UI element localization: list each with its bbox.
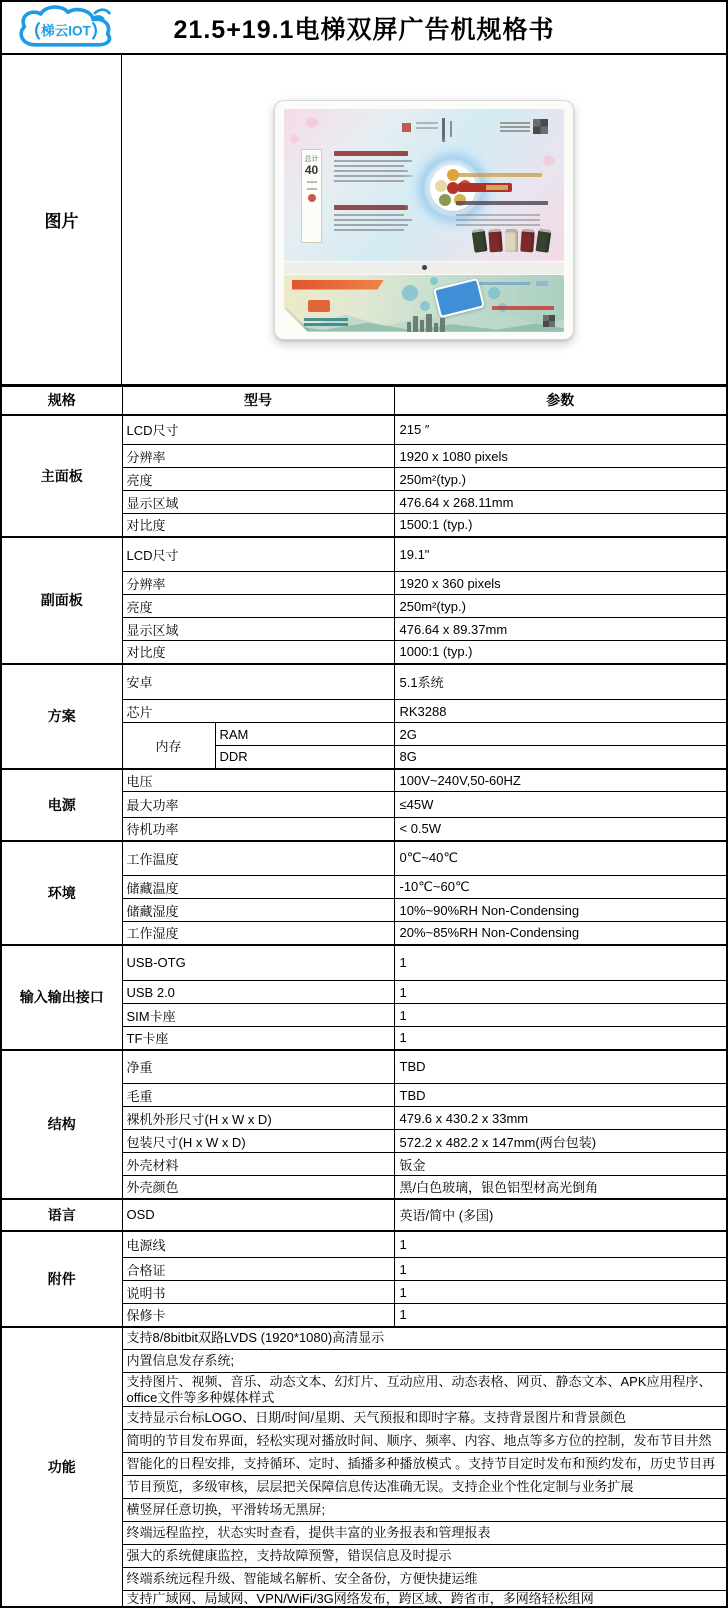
- group-label: 副面板: [2, 537, 122, 664]
- row-label: 分辨率: [122, 445, 394, 468]
- teal-text-lines: [304, 316, 348, 328]
- table-row: 环境 工作温度 0℃~40℃: [2, 841, 726, 876]
- qr-code-icon: [543, 315, 555, 327]
- feature-line: 终端远程监控，状态实时查看，提供丰富的业务报表和管理报表: [122, 1522, 726, 1545]
- secondary-screen-ad: [284, 275, 564, 332]
- petal-decor: [288, 133, 299, 144]
- row-value: 1: [394, 1004, 726, 1027]
- row-value: 1: [394, 945, 726, 981]
- spec-table: 规格 型号 参数 主面板 LCD尺寸 215 ″ 分辨率1920 x 1080 …: [2, 386, 726, 1608]
- row-label: 安卓: [122, 664, 394, 700]
- bubble-decor: [402, 285, 418, 301]
- petal-decor: [541, 152, 556, 167]
- row-value: 572.2 x 482.2 x 147mm(两台包装): [394, 1130, 726, 1153]
- feature-line: 支持8/8bitbit双路LVDS (1920*1080)高清显示: [122, 1327, 726, 1350]
- main-screen-ad: 总计 40: [284, 109, 564, 261]
- camera-icon: [422, 265, 427, 270]
- row-value: 479.6 x 430.2 x 33mm: [394, 1107, 726, 1130]
- row-value: 英语/简中 (多国): [394, 1199, 726, 1231]
- row-value: RK3288: [394, 700, 726, 723]
- row-value: 1: [394, 1027, 726, 1050]
- row-value: 1000:1 (typ.): [394, 641, 726, 664]
- contact-text-lines: [500, 120, 530, 134]
- row-value: 1: [394, 1231, 726, 1258]
- group-label: 附件: [2, 1231, 122, 1327]
- banner-text-bar: [307, 188, 317, 190]
- row-value: < 0.5W: [394, 818, 726, 841]
- picture-row: 图片 总计 40: [2, 55, 726, 386]
- table-row: 主面板 LCD尺寸 215 ″: [2, 415, 726, 445]
- row-label: OSD: [122, 1199, 394, 1231]
- camera-bar: [284, 262, 564, 274]
- row-value: 250m²(typ.): [394, 468, 726, 491]
- row-value: 476.64 x 89.37mm: [394, 618, 726, 641]
- row-value: 5.1系统: [394, 664, 726, 700]
- group-label: 环境: [2, 841, 122, 945]
- group-label: 功能: [2, 1327, 122, 1608]
- row-label: SIM卡座: [122, 1004, 394, 1027]
- row-label: 外壳材料: [122, 1153, 394, 1176]
- row-label: 电压: [122, 769, 394, 792]
- row-value: 1: [394, 1258, 726, 1281]
- feature-line: 终端系统远程升级、智能域名解析、安全备份，方便快捷运维: [122, 1568, 726, 1591]
- col-header-param: 参数: [394, 387, 726, 415]
- product-image-area: 总计 40: [122, 55, 726, 384]
- brand-logo: 梯云IOT: [10, 5, 122, 52]
- row-value: 0℃~40℃: [394, 841, 726, 876]
- feature-line: 智能化的日程安排，支持循环、定时、插播多种播放模式 。支持节目定时发布和预约发布…: [122, 1453, 726, 1476]
- row-label: DDR: [215, 746, 394, 769]
- bubble-decor: [420, 301, 430, 311]
- row-value: 1: [394, 981, 726, 1004]
- menu-title-bar: [334, 151, 408, 156]
- red-text-bar: [492, 306, 554, 310]
- group-label: 主面板: [2, 415, 122, 537]
- banner-seal: [308, 194, 316, 202]
- row-label: 裸机外形尺寸(H x W x D): [122, 1107, 394, 1130]
- row-value: 黑/白色玻璃，银色铝型材高光倒角: [394, 1176, 726, 1199]
- qr-code-icon: [533, 119, 548, 134]
- logo-text: 梯云IOT: [41, 23, 91, 39]
- table-row: 电源 电压 100V~240V,50-60HZ: [2, 769, 726, 792]
- table-header-row: 规格 型号 参数: [2, 387, 726, 415]
- banner-text-bar: [307, 181, 317, 183]
- row-label: 芯片: [122, 700, 394, 723]
- row-value: 8G: [394, 746, 726, 769]
- row-value: 20%~85%RH Non-Condensing: [394, 922, 726, 945]
- feature-line: 强大的系统健康监控，支持故障预警，错误信息及时提示: [122, 1545, 726, 1568]
- row-value: 1: [394, 1281, 726, 1304]
- product-cans: [473, 229, 550, 252]
- table-row: 附件 电源线 1: [2, 1231, 726, 1258]
- row-value: 250m²(typ.): [394, 595, 726, 618]
- row-label: 工作湿度: [122, 922, 394, 945]
- row-label: 储藏湿度: [122, 899, 394, 922]
- banner-number: 40: [305, 166, 318, 175]
- row-label: TF卡座: [122, 1027, 394, 1050]
- city-skyline: [407, 314, 445, 332]
- group-label: 结构: [2, 1050, 122, 1199]
- feature-line: 支持显示台标LOGO、日期/时间/星期、天气预报和即时字幕。支持背景图片和背景颜…: [122, 1407, 726, 1430]
- row-label: LCD尺寸: [122, 537, 394, 572]
- vertical-banner: 总计 40: [301, 149, 322, 243]
- feature-line: 支持图片、视频、音乐、动态文本、幻灯片、互动应用、动态表格、网页、静态文本、AP…: [122, 1373, 726, 1407]
- row-value: 1: [394, 1304, 726, 1327]
- table-row: 语言 OSD 英语/简中 (多国): [2, 1199, 726, 1231]
- spec-sheet: 梯云IOT 21.5+19.1电梯双屏广告机规格书 图片: [0, 0, 728, 1608]
- row-label: 亮度: [122, 595, 394, 618]
- row-label: 最大功率: [122, 792, 394, 818]
- group-label: 电源: [2, 769, 122, 841]
- row-label: 保修卡: [122, 1304, 394, 1327]
- row-value: 1920 x 1080 pixels: [394, 445, 726, 468]
- red-seal: [402, 123, 411, 132]
- row-value: 100V~240V,50-60HZ: [394, 769, 726, 792]
- row-value: 2G: [394, 723, 726, 746]
- row-label: 工作温度: [122, 841, 394, 876]
- header: 梯云IOT 21.5+19.1电梯双屏广告机规格书: [2, 2, 726, 55]
- row-value: 1500:1 (typ.): [394, 514, 726, 537]
- row-value: TBD: [394, 1050, 726, 1084]
- row-label: 包装尺寸(H x W x D): [122, 1130, 394, 1153]
- col-header-model: 型号: [122, 387, 394, 415]
- row-label: LCD尺寸: [122, 415, 394, 445]
- row-label: 外壳颜色: [122, 1176, 394, 1199]
- feature-line: 节目预览，多级审核，层层把关保障信息传达准确无误。支持企业个性化定制与业务扩展: [122, 1476, 726, 1499]
- logo-chip: [536, 281, 548, 286]
- row-label: 说明书: [122, 1281, 394, 1304]
- feature-line: 内置信息发存系统;: [122, 1350, 726, 1373]
- row-label: 显示区域: [122, 491, 394, 514]
- row-value: -10℃~60℃: [394, 876, 726, 899]
- header-text-lines: [416, 119, 438, 132]
- red-label-pill: [458, 183, 512, 192]
- table-row: 副面板 LCD尺寸 19.1": [2, 537, 726, 572]
- phone-illustration: [433, 277, 485, 317]
- row-label: USB 2.0: [122, 981, 394, 1004]
- cloud-logo-icon: 梯云IOT: [10, 5, 122, 52]
- row-label: 待机功率: [122, 818, 394, 841]
- table-row: 结构 净重 TBD: [2, 1050, 726, 1084]
- feature-line: 支持广域网、局域网、VPN/WiFi/3G网络发布，跨区域、跨省市，多网络轻松组…: [122, 1591, 726, 1608]
- row-value: 10%~90%RH Non-Condensing: [394, 899, 726, 922]
- orange-badge: [308, 300, 330, 312]
- feature-line: 横竖屏任意切换，平滑转场无黑屏;: [122, 1499, 726, 1522]
- group-label: 方案: [2, 664, 122, 769]
- row-label: 对比度: [122, 514, 394, 537]
- group-label: 语言: [2, 1199, 122, 1231]
- row-value: 钣金: [394, 1153, 726, 1176]
- row-label: USB-OTG: [122, 945, 394, 981]
- row-value: 476.64 x 268.11mm: [394, 491, 726, 514]
- table-row: 输入输出接口 USB-OTG 1: [2, 945, 726, 981]
- craft-subtext-lines: [456, 211, 540, 229]
- row-value: 19.1": [394, 537, 726, 572]
- bubble-decor: [488, 287, 500, 299]
- row-label: 储藏温度: [122, 876, 394, 899]
- orange-ribbon: [292, 280, 384, 290]
- petal-decor: [304, 114, 319, 129]
- row-value: 1920 x 360 pixels: [394, 572, 726, 595]
- group-label: 输入输出接口: [2, 945, 122, 1050]
- english-tagline-bar: [458, 173, 542, 177]
- row-label: 分辨率: [122, 572, 394, 595]
- row-label: 毛重: [122, 1084, 394, 1107]
- row-label: 合格证: [122, 1258, 394, 1281]
- memory-label: 内存: [122, 723, 215, 769]
- table-row: 功能 支持8/8bitbit双路LVDS (1920*1080)高清显示: [2, 1327, 726, 1350]
- row-label: 显示区域: [122, 618, 394, 641]
- row-value: ≤45W: [394, 792, 726, 818]
- row-label: 对比度: [122, 641, 394, 664]
- feature-line: 简明的节目发布界面，轻松实现对播放时间、顺序、频率、内容、地点等多方位的控制，发…: [122, 1430, 726, 1453]
- row-value: TBD: [394, 1084, 726, 1107]
- menu-title-bar: [334, 205, 408, 210]
- row-label: 净重: [122, 1050, 394, 1084]
- device-preview: 总计 40: [274, 100, 574, 340]
- bubble-decor: [430, 277, 438, 285]
- craft-text-bar: [456, 201, 548, 205]
- table-row: 方案 安卓 5.1系统: [2, 664, 726, 700]
- row-label: 电源线: [122, 1231, 394, 1258]
- row-label: RAM: [215, 723, 394, 746]
- col-header-spec: 规格: [2, 387, 122, 415]
- row-label: 亮度: [122, 468, 394, 491]
- row-value: 215 ″: [394, 415, 726, 445]
- picture-row-label: 图片: [2, 55, 122, 384]
